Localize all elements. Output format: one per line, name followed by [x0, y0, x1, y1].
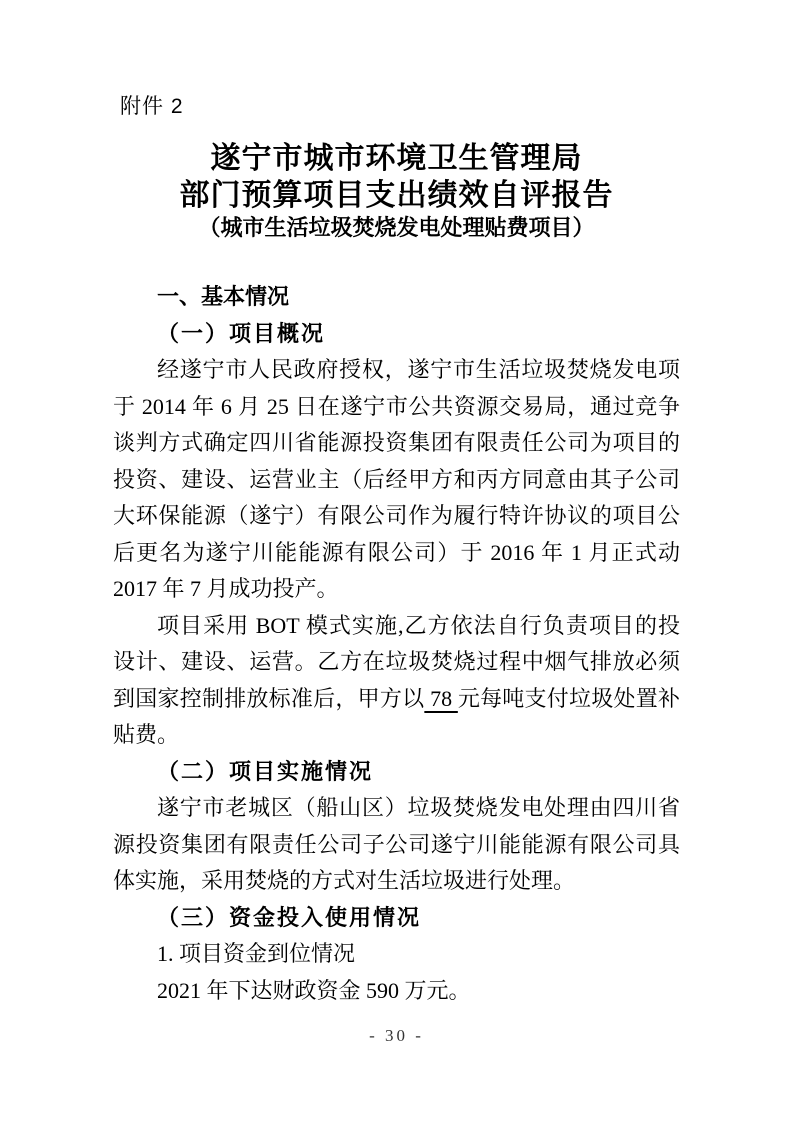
text-segment: 谈判方式确定四川省能源投资集团有限责任公司为项目的	[113, 430, 680, 455]
text-segment: 于 2014 年 6 月 25 日在遂宁市公共资源交易局，通过竞争性	[113, 394, 680, 426]
section-heading: 一、基本情况	[113, 279, 680, 316]
subsection-heading: （三）资金投入使用情况	[113, 900, 680, 937]
attachment-label: 附件 2	[120, 94, 184, 120]
document-page: 附件 2 遂宁市城市环境卫生管理局 部门预算项目支出绩效自评报告 （城市生活垃圾…	[0, 0, 793, 1122]
body-line: 设计、建设、运营。乙方在垃圾焚烧过程中烟气排放必须达	[113, 644, 680, 681]
body-line: 贴费。	[113, 717, 680, 754]
text-segment: 后更名为遂宁川能能源有限公司）于 2016 年 1 月正式动工，	[113, 540, 680, 572]
body-line: 后更名为遂宁川能能源有限公司）于 2016 年 1 月正式动工，	[113, 535, 680, 572]
document-subtitle: （城市生活垃圾焚烧发电处理贴费项目）	[0, 214, 793, 242]
body-line: 体实施，采用焚烧的方式对生活垃圾进行处理。	[113, 863, 680, 900]
text-segment: 投资、建设、运营业主（后经甲方和丙方同意由其子公司光	[113, 467, 680, 499]
body-line: 1. 项目资金到位情况	[113, 936, 680, 973]
title-line-2: 部门预算项目支出绩效自评报告	[0, 177, 793, 214]
text-segment: 源投资集团有限责任公司子公司遂宁川能能源有限公司具	[113, 832, 680, 857]
title-line-1: 遂宁市城市环境卫生管理局	[0, 140, 793, 177]
text-segment: 2021 年下达财政资金 590 万元。	[157, 978, 471, 1003]
body-line: 项目采用 BOT 模式实施,乙方依法自行负责项目的投资、	[113, 608, 680, 645]
document-body: 一、基本情况（一）项目概况经遂宁市人民政府授权，遂宁市生活垃圾焚烧发电项目于 2…	[113, 279, 680, 1009]
text-segment: 项目采用 BOT 模式实施,乙方依法自行负责项目的投资、	[113, 613, 680, 645]
body-line: 经遂宁市人民政府授权，遂宁市生活垃圾焚烧发电项目	[113, 352, 680, 389]
text-segment: 元每吨支付垃圾处置补	[458, 686, 680, 711]
subsection-heading: （一）项目概况	[113, 316, 680, 353]
body-line: 遂宁市老城区（船山区）垃圾焚烧发电处理由四川省能	[113, 790, 680, 827]
underlined-value: 78	[424, 686, 457, 711]
text-segment: 设计、建设、运营。乙方在垃圾焚烧过程中烟气排放必须达	[113, 649, 680, 681]
text-segment: 经遂宁市人民政府授权，遂宁市生活垃圾焚烧发电项目	[113, 357, 680, 389]
text-segment: 2017 年 7 月成功投产。	[113, 576, 339, 601]
text-segment: 体实施，采用焚烧的方式对生活垃圾进行处理。	[113, 868, 575, 893]
text-segment: 大环保能源（遂宁）有限公司作为履行特许协议的项目公司，	[113, 503, 680, 535]
body-line: 2021 年下达财政资金 590 万元。	[113, 973, 680, 1010]
text-segment: 1. 项目资金到位情况	[157, 941, 355, 966]
text-segment: 贴费。	[113, 722, 179, 747]
body-line: 2017 年 7 月成功投产。	[113, 571, 680, 608]
body-line: 到国家控制排放标准后，甲方以 78 元每吨支付垃圾处置补	[113, 681, 680, 718]
text-segment: 到国家控制排放标准后，甲方以	[113, 686, 424, 711]
body-line: 投资、建设、运营业主（后经甲方和丙方同意由其子公司光	[113, 462, 680, 499]
body-line: 于 2014 年 6 月 25 日在遂宁市公共资源交易局，通过竞争性	[113, 389, 680, 426]
document-title: 遂宁市城市环境卫生管理局 部门预算项目支出绩效自评报告	[0, 140, 793, 214]
body-line: 源投资集团有限责任公司子公司遂宁川能能源有限公司具	[113, 827, 680, 864]
body-line: 谈判方式确定四川省能源投资集团有限责任公司为项目的	[113, 425, 680, 462]
subsection-heading: （二）项目实施情况	[113, 754, 680, 791]
page-number: - 30 -	[0, 1026, 793, 1046]
text-segment: 遂宁市老城区（船山区）垃圾焚烧发电处理由四川省能	[113, 795, 680, 827]
body-line: 大环保能源（遂宁）有限公司作为履行特许协议的项目公司，	[113, 498, 680, 535]
